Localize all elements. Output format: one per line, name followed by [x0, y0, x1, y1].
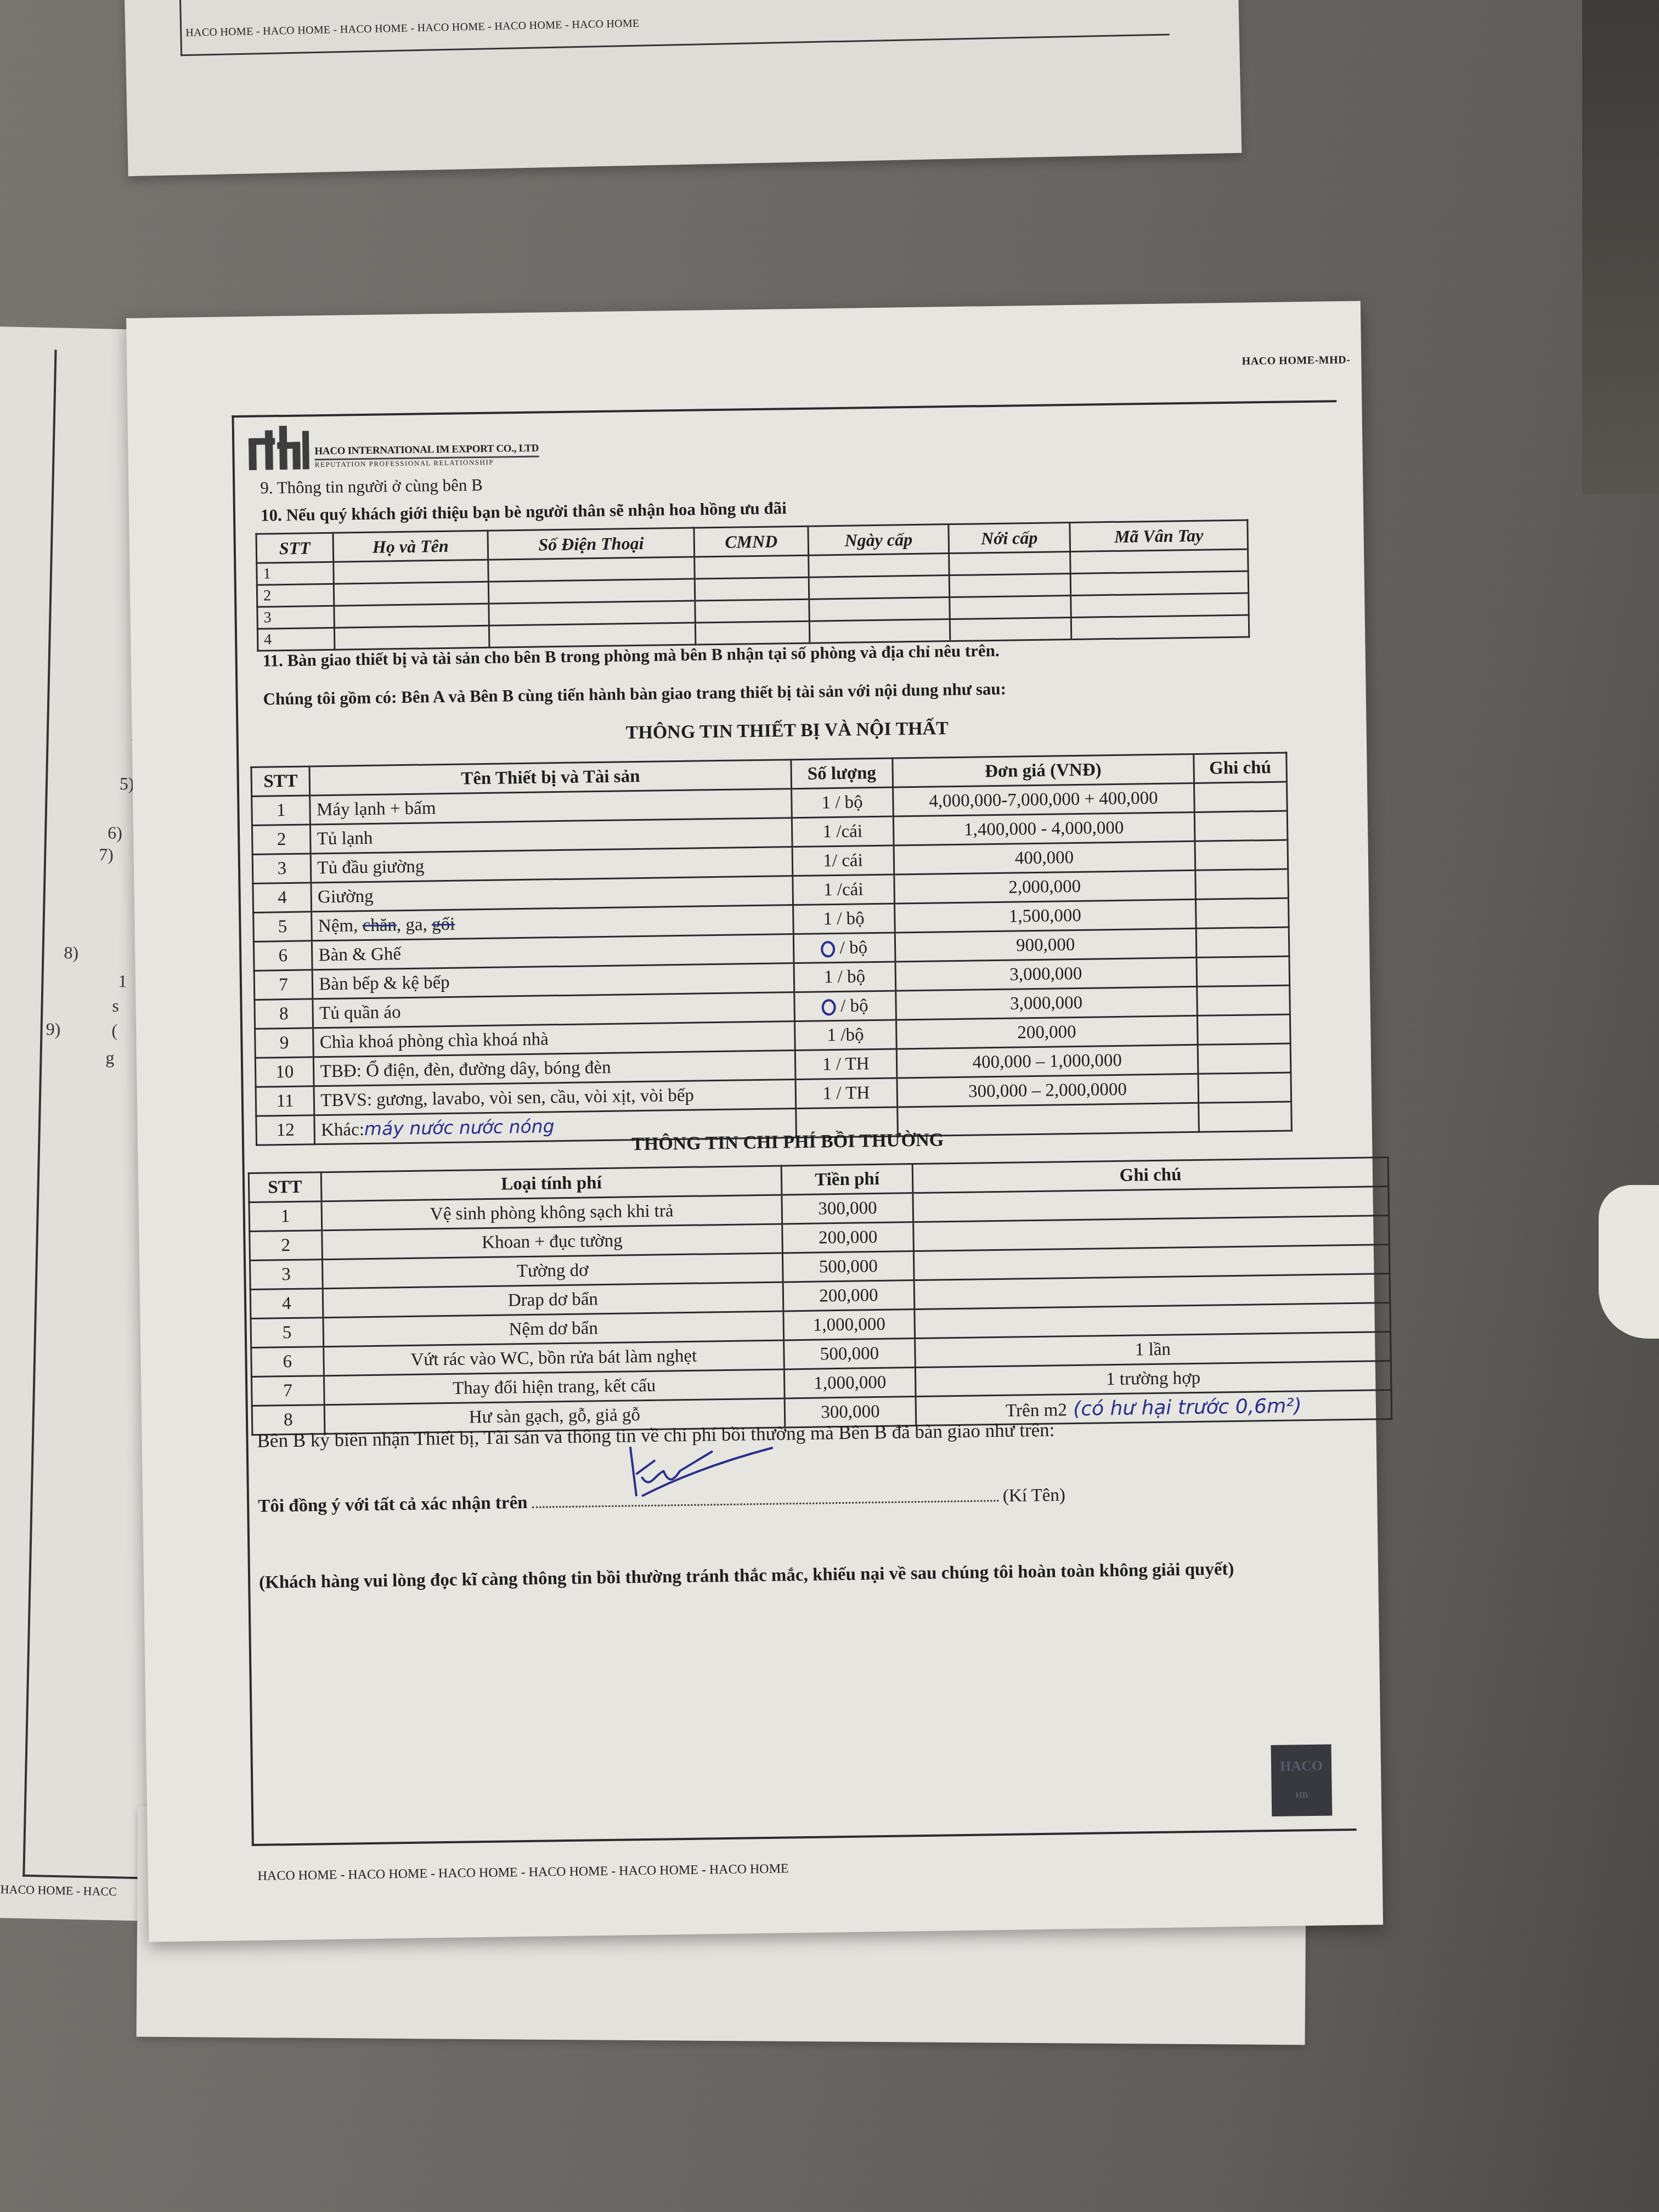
equipment-note[interactable]	[1197, 985, 1290, 1015]
compensation-fee: 1,000,000	[785, 1368, 916, 1398]
company-logo: HACO INTERNATIONAL IM EXPORT CO., LTD RE…	[249, 422, 539, 470]
equipment-quantity: / bộ	[793, 933, 895, 963]
referral-cell[interactable]	[334, 603, 489, 628]
referral-cell[interactable]	[695, 555, 809, 579]
referral-cell[interactable]	[809, 575, 950, 600]
document-code: HACO HOME-MHD-	[1242, 354, 1351, 368]
dark-fabric-fold	[1582, 0, 1659, 494]
background-sheet-top: HACO HOME - HACO HOME - HACO HOME - HACO…	[125, 0, 1242, 176]
compensation-stt: 3	[250, 1260, 323, 1290]
equipment-stt: 10	[255, 1057, 314, 1087]
equipment-note[interactable]	[1197, 956, 1290, 986]
equipment-price: 200,000	[896, 1015, 1198, 1049]
margin-number: g	[105, 1048, 115, 1068]
equipment-quantity: 1 / bộ	[791, 787, 893, 818]
referral-cell[interactable]	[334, 625, 489, 650]
margin-number: (	[111, 1020, 117, 1041]
referral-column-header: STT	[256, 533, 333, 563]
equipment-quantity: 1 / TH	[795, 1049, 897, 1080]
equipment-quantity: 1/ cái	[792, 845, 894, 876]
margin-number: s	[112, 996, 119, 1016]
handwritten-other-item: máy nước nước nóng	[364, 1115, 555, 1139]
equipment-price: 3,000,000	[895, 986, 1197, 1020]
referral-cell[interactable]	[949, 552, 1070, 575]
sign-hint: (Kí Tên)	[1003, 1485, 1065, 1506]
handwritten-note: (có hư hại trước 0,6m²)	[1066, 1395, 1301, 1420]
equipment-quantity: 1 / bộ	[794, 962, 896, 992]
equipment-note[interactable]	[1198, 1043, 1291, 1074]
equipment-note[interactable]	[1198, 1102, 1291, 1132]
referral-cell[interactable]	[488, 557, 695, 582]
compensation-fee: 500,000	[784, 1339, 916, 1369]
equipment-column-header: Đơn giá (VNĐ)	[892, 754, 1194, 787]
referral-cell[interactable]	[950, 618, 1071, 641]
equipment-note[interactable]	[1195, 840, 1288, 870]
other-label: Khác:	[321, 1120, 364, 1140]
equipment-column-header: Ghi chú	[1193, 753, 1286, 783]
equipment-price: 2,000,000	[894, 870, 1195, 904]
equipment-column-header: STT	[251, 766, 310, 796]
referral-stt: 1	[257, 562, 334, 585]
referral-cell[interactable]	[695, 599, 810, 623]
struck-item: gối	[432, 914, 455, 934]
referral-cell[interactable]	[333, 560, 488, 584]
referral-cell[interactable]	[1070, 549, 1249, 574]
compensation-stt: 7	[251, 1376, 324, 1406]
equipment-price: 400,000 – 1,000,000	[896, 1045, 1198, 1078]
page-footer: HACO HOME - HACO HOME - HACO HOME - HACO…	[257, 1861, 788, 1884]
equipment-stt: 2	[252, 825, 311, 854]
compensation-stt: 5	[251, 1318, 323, 1348]
referral-stt: 4	[257, 628, 334, 651]
referral-column-header: Họ và Tên	[333, 531, 488, 562]
referral-cell[interactable]	[488, 579, 695, 603]
compensation-fee: 500,000	[783, 1251, 915, 1282]
referral-cell[interactable]	[489, 623, 696, 647]
equipment-note[interactable]	[1195, 898, 1289, 928]
equipment-quantity: 1 /cái	[793, 874, 895, 905]
referral-cell[interactable]	[1071, 615, 1249, 640]
equipment-note[interactable]	[1197, 1014, 1290, 1045]
referral-cell[interactable]	[1070, 571, 1249, 596]
compensation-column-header: STT	[249, 1172, 321, 1203]
equipment-note[interactable]	[1195, 869, 1288, 899]
handwritten-zero	[821, 941, 835, 957]
equipment-price: 3,000,000	[895, 957, 1197, 991]
equipment-stt: 5	[253, 912, 312, 941]
referral-cell[interactable]	[1071, 593, 1249, 618]
referral-cell[interactable]	[809, 597, 950, 622]
signature-scribble	[625, 1440, 780, 1508]
struck-item: chăn	[362, 915, 397, 935]
equipment-stt: 6	[253, 941, 312, 970]
margin-number: 8)	[64, 943, 78, 963]
equipment-stt: 7	[254, 970, 313, 1000]
compensation-fee: 200,000	[783, 1280, 915, 1311]
referral-cell[interactable]	[334, 582, 489, 606]
referral-column-header: Nới cấp	[949, 523, 1070, 554]
equipment-price: 300,000 – 2,000,0000	[897, 1074, 1199, 1107]
compensation-stt: 4	[250, 1289, 323, 1319]
note-text: 1 lần	[1135, 1339, 1171, 1359]
referral-table: STTHọ và TênSố Điện ThoạiCMNDNgày cấpNới…	[255, 519, 1250, 651]
compensation-table: STTLoại tính phíTiền phíGhi chú 1Vệ sinh…	[248, 1156, 1392, 1436]
note-text: Trên m2	[1006, 1400, 1067, 1421]
referral-column-header: Ngày cấp	[808, 524, 949, 556]
equipment-price: 1,400,000 - 4,000,000	[893, 812, 1195, 845]
handover-form-page: HACO HOME-MHD- HACO INTERNATIONAL IM EXP…	[126, 301, 1383, 1942]
equipment-quantity: 1 /cái	[792, 816, 894, 847]
equipment-stt: 1	[252, 795, 311, 825]
quantity-unit: / bộ	[835, 938, 867, 958]
referral-cell[interactable]	[489, 601, 695, 625]
referral-stt: 2	[257, 584, 334, 607]
margin-number: 1	[118, 971, 127, 991]
margin-number: 7)	[99, 844, 114, 865]
compensation-column-header: Tiền phí	[781, 1164, 913, 1195]
badge-subtext: HB	[1272, 1791, 1332, 1802]
quantity-unit: / bộ	[836, 996, 868, 1016]
equipment-price: 400,000	[894, 841, 1195, 874]
equipment-stt: 3	[252, 854, 311, 883]
equipment-stt: 8	[255, 999, 313, 1029]
equipment-price: 4,000,000-7,000,000 + 400,000	[893, 783, 1194, 816]
compensation-stt: 6	[251, 1347, 324, 1377]
margin-number: 6)	[108, 823, 122, 844]
compensation-fee: 200,000	[782, 1222, 914, 1253]
equipment-quantity: / bộ	[794, 991, 896, 1022]
referral-cell[interactable]	[695, 577, 809, 601]
section-9-heading: 9. Thông tin người ở cùng bên B	[260, 475, 483, 498]
compensation-stt: 1	[249, 1201, 321, 1232]
white-cloth-corner	[1599, 1185, 1659, 1339]
referral-column-header: CMND	[694, 526, 809, 557]
equipment-column-header: Số lượng	[791, 758, 893, 789]
referral-cell[interactable]	[809, 554, 950, 578]
referral-stt: 3	[257, 606, 334, 629]
compensation-fee: 300,000	[782, 1193, 913, 1224]
item-text: , ga,	[397, 915, 432, 935]
margin-number: 9)	[46, 1019, 60, 1040]
compensation-stt: 2	[250, 1231, 322, 1261]
referral-cell[interactable]	[949, 574, 1070, 597]
equipment-price: 900,000	[895, 928, 1197, 962]
referral-cell[interactable]	[695, 621, 810, 645]
referral-cell[interactable]	[950, 596, 1071, 619]
equipment-table: STTTên Thiết bị và Tài sảnSố lượngĐơn gi…	[250, 752, 1292, 1146]
agreement-label: Tôi đồng ý với tất cả xác nhận trên	[258, 1493, 528, 1516]
compensation-table-title: THÔNG TIN CHI PHÍ BỒI THƯỜNG	[631, 1130, 944, 1155]
note-text: 1 trường hợp	[1106, 1368, 1200, 1389]
referral-column-header: Mã Vân Tay	[1070, 520, 1248, 552]
haco-logo-icon	[249, 425, 309, 470]
equipment-note[interactable]	[1198, 1073, 1291, 1103]
equipment-quantity: 1 / TH	[795, 1078, 898, 1109]
equipment-quantity: 1 /bộ	[794, 1020, 896, 1051]
referral-column-header: Số Điện Thoại	[488, 528, 695, 560]
equipment-price: 1,500,000	[894, 899, 1196, 933]
equipment-stt: 12	[256, 1115, 315, 1145]
equipment-stt: 4	[253, 883, 312, 912]
equipment-stt: 11	[256, 1086, 314, 1116]
handwritten-zero	[822, 999, 836, 1015]
equipment-note[interactable]	[1194, 782, 1287, 812]
equipment-note[interactable]	[1196, 927, 1289, 957]
badge-text: HACO	[1271, 1758, 1331, 1775]
compensation-fee: 1,000,000	[783, 1310, 915, 1340]
equipment-note[interactable]	[1194, 811, 1288, 841]
equipment-quantity: 1 / bộ	[793, 904, 895, 934]
equipment-stt: 9	[255, 1028, 314, 1058]
sheet-footer: HACO HOME - HACC	[0, 1882, 117, 1899]
haco-badge: HACO HB	[1271, 1745, 1333, 1817]
referral-cell[interactable]	[809, 619, 950, 644]
item-text: Nệm,	[318, 916, 363, 936]
